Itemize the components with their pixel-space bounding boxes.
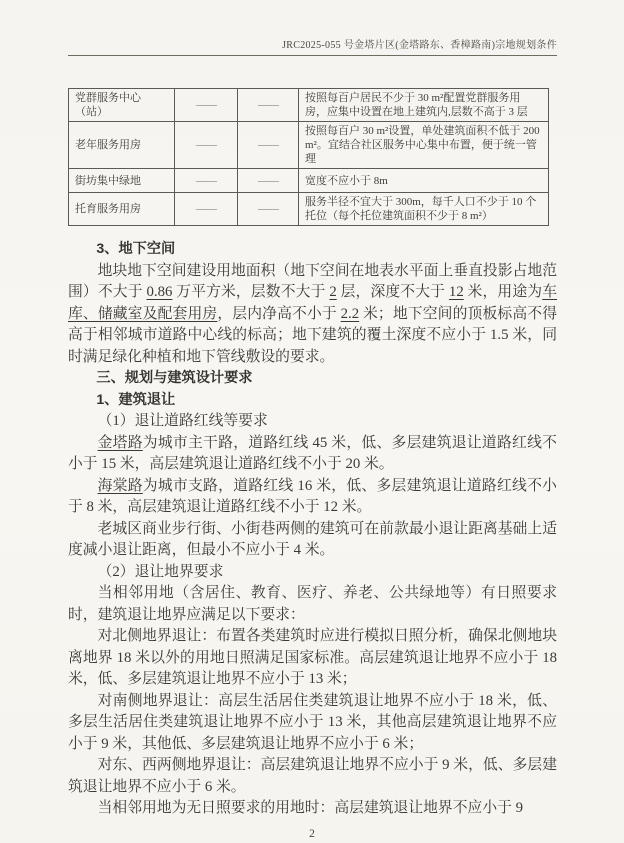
cell-requirement: 按照每百户居民不少于 30 m²配置党群服务用房，应集中设置在地上建筑内,层数不…	[299, 89, 549, 122]
paragraph: 金塔路为城市主干路，道路红线 45 米，低、多层建筑退让道路红线不小于 15 米…	[68, 433, 557, 476]
underlined-text: 12	[449, 284, 464, 300]
paragraph: 当相邻用地（含居住、教育、医疗、养老、公共绿地等）有日照要求时，建筑退让地界应满…	[68, 583, 557, 626]
document-page: JRC2025-055 号金塔片区(金塔路东、香樟路南)宗地规划条件 党群服务中…	[0, 0, 624, 843]
underlined-text: 金塔路	[98, 435, 143, 451]
cell-dash: ——	[175, 193, 238, 226]
text-run: （1）退让道路红线等要求	[98, 413, 268, 429]
cell-dash: ——	[238, 193, 299, 226]
underlined-text: 2	[329, 284, 336, 300]
text-run: 1、建筑退让	[96, 392, 175, 408]
text-run: 万平方米，层数不大于	[172, 284, 329, 300]
header-doc-ref: JRC2025-055 号金塔片区(金塔路东、香樟路南)宗地规划条件	[68, 36, 557, 51]
text-run: ，层内净高不小于	[217, 306, 340, 322]
header-rule	[68, 55, 557, 56]
underlined-text: 2.2	[341, 306, 360, 322]
cell-requirement: 宽度不应小于 8m	[299, 169, 549, 193]
paragraph: 对北侧地界退让：布置各类建筑时应进行模拟日照分析，确保北侧地块离地界 18 米以…	[68, 626, 557, 691]
text-run: 米，用途为	[464, 284, 542, 300]
text-run: 当相邻用地（含居住、教育、医疗、养老、公共绿地等）有日照要求时，建筑退让地界应满…	[68, 585, 557, 623]
table-row: 老年服务用房————按照每百户 30 m²设置，单处建筑面积不低于 200 m²…	[69, 122, 549, 169]
cell-dash: ——	[175, 89, 238, 122]
text-run: 层，深度不大于	[337, 284, 449, 300]
page-number: 2	[0, 828, 624, 840]
cell-dash: ——	[175, 169, 238, 193]
underlined-text: 0.86	[146, 284, 172, 300]
paragraph: （2）退让地界要求	[68, 562, 557, 584]
cell-dash: ——	[238, 169, 299, 193]
section-heading: 3、地下空间	[68, 239, 557, 261]
paragraph: 对南侧地界退让：高层生活居住类建筑退让地界不应小于 18 米，低、多层生活居住类…	[68, 691, 557, 756]
table-row: 托育服务用房————服务半径不宜大于 300m，每千人口不少于 10 个托位（每…	[69, 193, 549, 226]
paragraph: 老城区商业步行街、小街巷两侧的建筑可在前款最小退让距离基础上适度减小退让距离，但…	[68, 519, 557, 562]
underlined-text: 海棠路	[98, 478, 143, 494]
table-row: 街坊集中绿地————宽度不应小于 8m	[69, 169, 549, 193]
cell-name: 街坊集中绿地	[69, 169, 175, 193]
paragraph: 地块地下空间建设用地面积（地下空间在地表水平面上垂直投影占地范围）不大于 0.8…	[68, 261, 557, 369]
spec-table: 党群服务中心 （站）————按照每百户居民不少于 30 m²配置党群服务用房，应…	[68, 88, 549, 226]
cell-dash: ——	[238, 89, 299, 122]
cell-dash: ——	[238, 122, 299, 169]
cell-dash: ——	[175, 122, 238, 169]
paragraph: （1）退让道路红线等要求	[68, 411, 557, 433]
text-run: 三、规划与建筑设计要求	[96, 370, 252, 386]
cell-name: 老年服务用房	[69, 122, 175, 169]
text-run: 对南侧地界退让：高层生活居住类建筑退让地界不应小于 18 米，低、多层生活居住类…	[68, 693, 557, 752]
cell-requirement: 按照每百户 30 m²设置，单处建筑面积不低于 200 m²。宜结合社区服务中心…	[299, 122, 549, 169]
text-run: 当相邻用地为无日照要求的用地时：高层建筑退让地界不应小于 9	[98, 800, 523, 816]
paragraph: 当相邻用地为无日照要求的用地时：高层建筑退让地界不应小于 9	[68, 798, 557, 820]
text-run: 3、地下空间	[96, 241, 175, 257]
section-heading: 1、建筑退让	[68, 390, 557, 412]
cell-name: 托育服务用房	[69, 193, 175, 226]
text-run: 对东、西两侧地界退让：高层建筑退让地界不应小于 9 米，低、多层建筑退让地界不应…	[68, 757, 557, 795]
paragraph: 对东、西两侧地界退让：高层建筑退让地界不应小于 9 米，低、多层建筑退让地界不应…	[68, 755, 557, 798]
body-paragraphs: 3、地下空间地块地下空间建设用地面积（地下空间在地表水平面上垂直投影占地范围）不…	[68, 239, 557, 820]
text-run: 对北侧地界退让：布置各类建筑时应进行模拟日照分析，确保北侧地块离地界 18 米以…	[68, 628, 557, 687]
cell-requirement: 服务半径不宜大于 300m，每千人口不少于 10 个托位（每个托位建筑面积不少于…	[299, 193, 549, 226]
text-run: （2）退让地界要求	[98, 564, 224, 580]
spec-table-body: 党群服务中心 （站）————按照每百户居民不少于 30 m²配置党群服务用房，应…	[69, 89, 549, 226]
section-heading: 三、规划与建筑设计要求	[68, 368, 557, 390]
text-run: 老城区商业步行街、小街巷两侧的建筑可在前款最小退让距离基础上适度减小退让距离，但…	[68, 521, 557, 559]
cell-name: 党群服务中心 （站）	[69, 89, 175, 122]
page-header: JRC2025-055 号金塔片区(金塔路东、香樟路南)宗地规划条件	[68, 36, 557, 56]
table-row: 党群服务中心 （站）————按照每百户居民不少于 30 m²配置党群服务用房，应…	[69, 89, 549, 122]
paragraph: 海棠路为城市支路，道路红线 16 米，低、多层建筑退让道路红线不小于 8 米，高…	[68, 476, 557, 519]
